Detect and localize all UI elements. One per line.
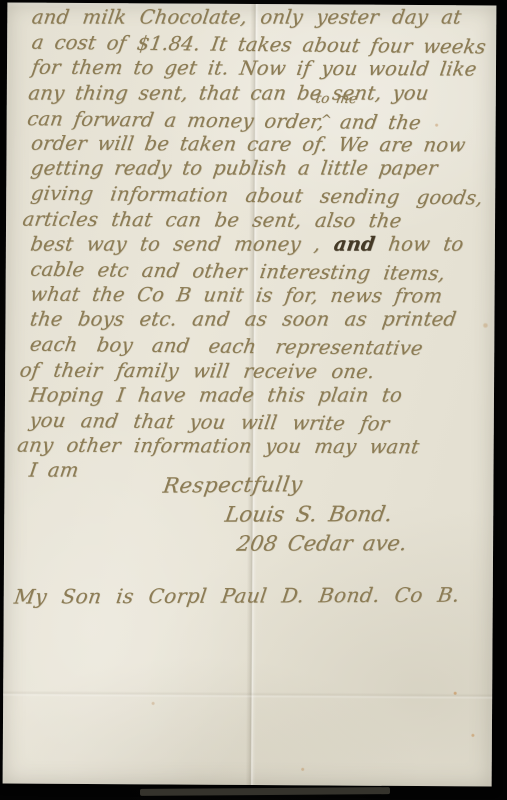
letter-body: and milk Chocolate, only yester day at a…	[27, 5, 490, 486]
signature-name: Louis S. Bond.	[223, 502, 394, 527]
letter-line-segment: best way to send money ,	[29, 232, 322, 255]
letter-paper: and milk Chocolate, only yester day at a…	[3, 3, 497, 787]
insertion-text: to me	[315, 92, 359, 105]
letter-line: of their family will receive one.	[18, 357, 492, 384]
letter-line: any other information you may want	[16, 433, 492, 460]
letter-line: and milk Chocolate, only yester day at	[30, 5, 494, 30]
letter-line: Hoping I have made this plain to	[28, 382, 492, 407]
under-sheet-edge	[140, 787, 390, 796]
interline-insertion: to me^	[323, 109, 342, 129]
closing-respectfully: Respectfully	[161, 472, 304, 498]
insertion-caret: ^	[319, 114, 332, 126]
letter-line: for them to get it. Now if you would lik…	[30, 55, 494, 82]
retraced-word: and	[332, 232, 376, 255]
letter-line: order will be taken care of. We are now	[29, 131, 493, 158]
letter-line: what the Co B unit is for, news from	[29, 282, 493, 309]
letter-line: the boys etc. and as soon as printed	[28, 307, 492, 332]
letter-line-segment: and the	[338, 110, 422, 134]
postscript-line: My Son is Corpl Paul D. Bond. Co B.	[13, 583, 462, 609]
letter-line: articles that can be sent, also the	[21, 206, 493, 233]
letter-line-segment: can forward a money order,	[26, 107, 326, 133]
letter-line-segment: how to	[387, 232, 465, 255]
signature-address: 208 Cedar ave.	[235, 531, 408, 555]
scan-background: and milk Chocolate, only yester day at a…	[0, 0, 507, 800]
letter-line: best way to send money , and how to	[29, 231, 493, 256]
letter-line: any thing sent, that can be sent, you	[27, 80, 494, 105]
letter-line: getting ready to publish a little paper	[29, 156, 493, 181]
